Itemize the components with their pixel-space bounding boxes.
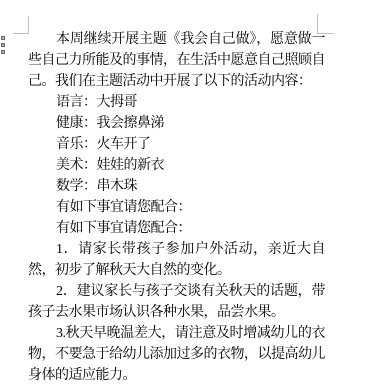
- left-edge-marker: [1, 43, 5, 47]
- paragraph-activity-language[interactable]: 语言：大拇哥: [28, 92, 325, 113]
- paragraph-activity-health[interactable]: 健康：我会擦鼻涕: [28, 113, 325, 134]
- document-page: 本周继续开展主题《我会自己做》，愿意做一些自己力所能及的事情，在生活中愿意自己照…: [0, 0, 370, 386]
- paragraph-cooperation-heading[interactable]: 有如下事宜请您配合：: [28, 197, 325, 218]
- paragraph-activity-music[interactable]: 音乐：火车开了: [28, 134, 325, 155]
- paragraph-item-2[interactable]: 2．建议家长与孩子交谈有关秋天的话题，带孩子去水果市场认识各种水果，品尝水果。: [28, 281, 325, 323]
- document-body[interactable]: 本周继续开展主题《我会自己做》，愿意做一些自己力所能及的事情，在生活中愿意自己照…: [28, 29, 325, 386]
- left-edge-marker: [1, 50, 5, 54]
- left-edge-marker: [1, 36, 5, 40]
- text-boundary-corner-top-left-horizontal: [13, 33, 29, 34]
- paragraph-activity-art[interactable]: 美术：娃娃的新衣: [28, 155, 325, 176]
- paragraph-item-3[interactable]: 3.秋天早晚温差大，请注意及时增减幼儿的衣物，不要急于给幼儿添加过多的衣物，以提…: [28, 323, 325, 386]
- paragraph-intro[interactable]: 本周继续开展主题《我会自己做》，愿意做一些自己力所能及的事情，在生活中愿意自己照…: [28, 29, 325, 92]
- paragraph-activity-math[interactable]: 数学：串木珠: [28, 176, 325, 197]
- paragraph-item-1[interactable]: 1．请家长带孩子参加户外活动，亲近大自然，初步了解秋天大自然的变化。: [28, 239, 325, 281]
- paragraph-cooperation-heading-repeat[interactable]: 有如下事宜请您配合：: [28, 218, 325, 239]
